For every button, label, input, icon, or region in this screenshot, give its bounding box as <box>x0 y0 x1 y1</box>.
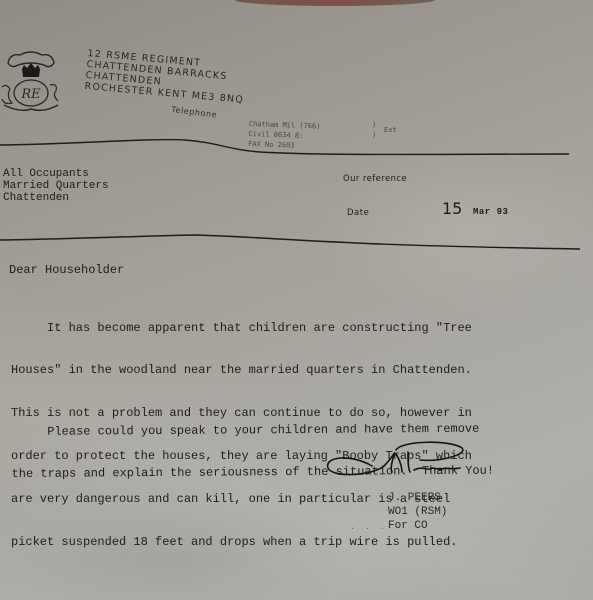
signatory-on-behalf: For CO <box>388 519 447 533</box>
bracket-icon: ) <box>372 120 376 130</box>
date-month-year: Mar 93 <box>473 207 508 217</box>
signature-icon <box>322 436 482 486</box>
recipient-line: All Occupants <box>3 168 109 180</box>
salutation: Dear Householder <box>9 263 124 277</box>
extension-bracket: ) ) Ext <box>372 120 376 140</box>
telephone-label: Telephone <box>171 105 218 120</box>
letterhead-address: 12 RSME REGIMENT CHATTENDEN BARRACKS CHA… <box>84 48 247 106</box>
recipient-address: All Occupants Married Quarters Chattende… <box>3 168 109 204</box>
royal-crest-icon: RE <box>0 47 62 117</box>
body-divider <box>0 230 593 260</box>
signatory-rank: WO1 (RSM) <box>388 505 447 519</box>
body-line: It has become apparent that children are… <box>11 321 472 335</box>
body-line: Houses" in the woodland near the married… <box>11 363 472 377</box>
body-line: picket suspended 18 feet and drops when … <box>11 535 472 549</box>
date-day: 15 <box>442 199 462 218</box>
svg-text:RE: RE <box>20 87 41 102</box>
background-object <box>235 0 435 6</box>
recipient-line: Chattenden <box>3 192 109 204</box>
bracket-icon: ) <box>372 130 376 140</box>
reference-label: Our reference <box>343 174 407 184</box>
extension-label: Ext <box>384 125 397 135</box>
recipient-line: Married Quarters <box>3 180 109 192</box>
date-label: Date <box>347 208 369 218</box>
telephone-numbers: Chatham Mil (766) Civil 0634 8: FAX No 2… <box>248 119 321 151</box>
dotted-mark: · · · <box>350 524 387 534</box>
telephone-line: FAX No 2603 <box>248 139 320 151</box>
signatory-name: J. PEERS <box>388 491 447 505</box>
signature-block: J. PEERS WO1 (RSM) For CO <box>388 491 447 533</box>
